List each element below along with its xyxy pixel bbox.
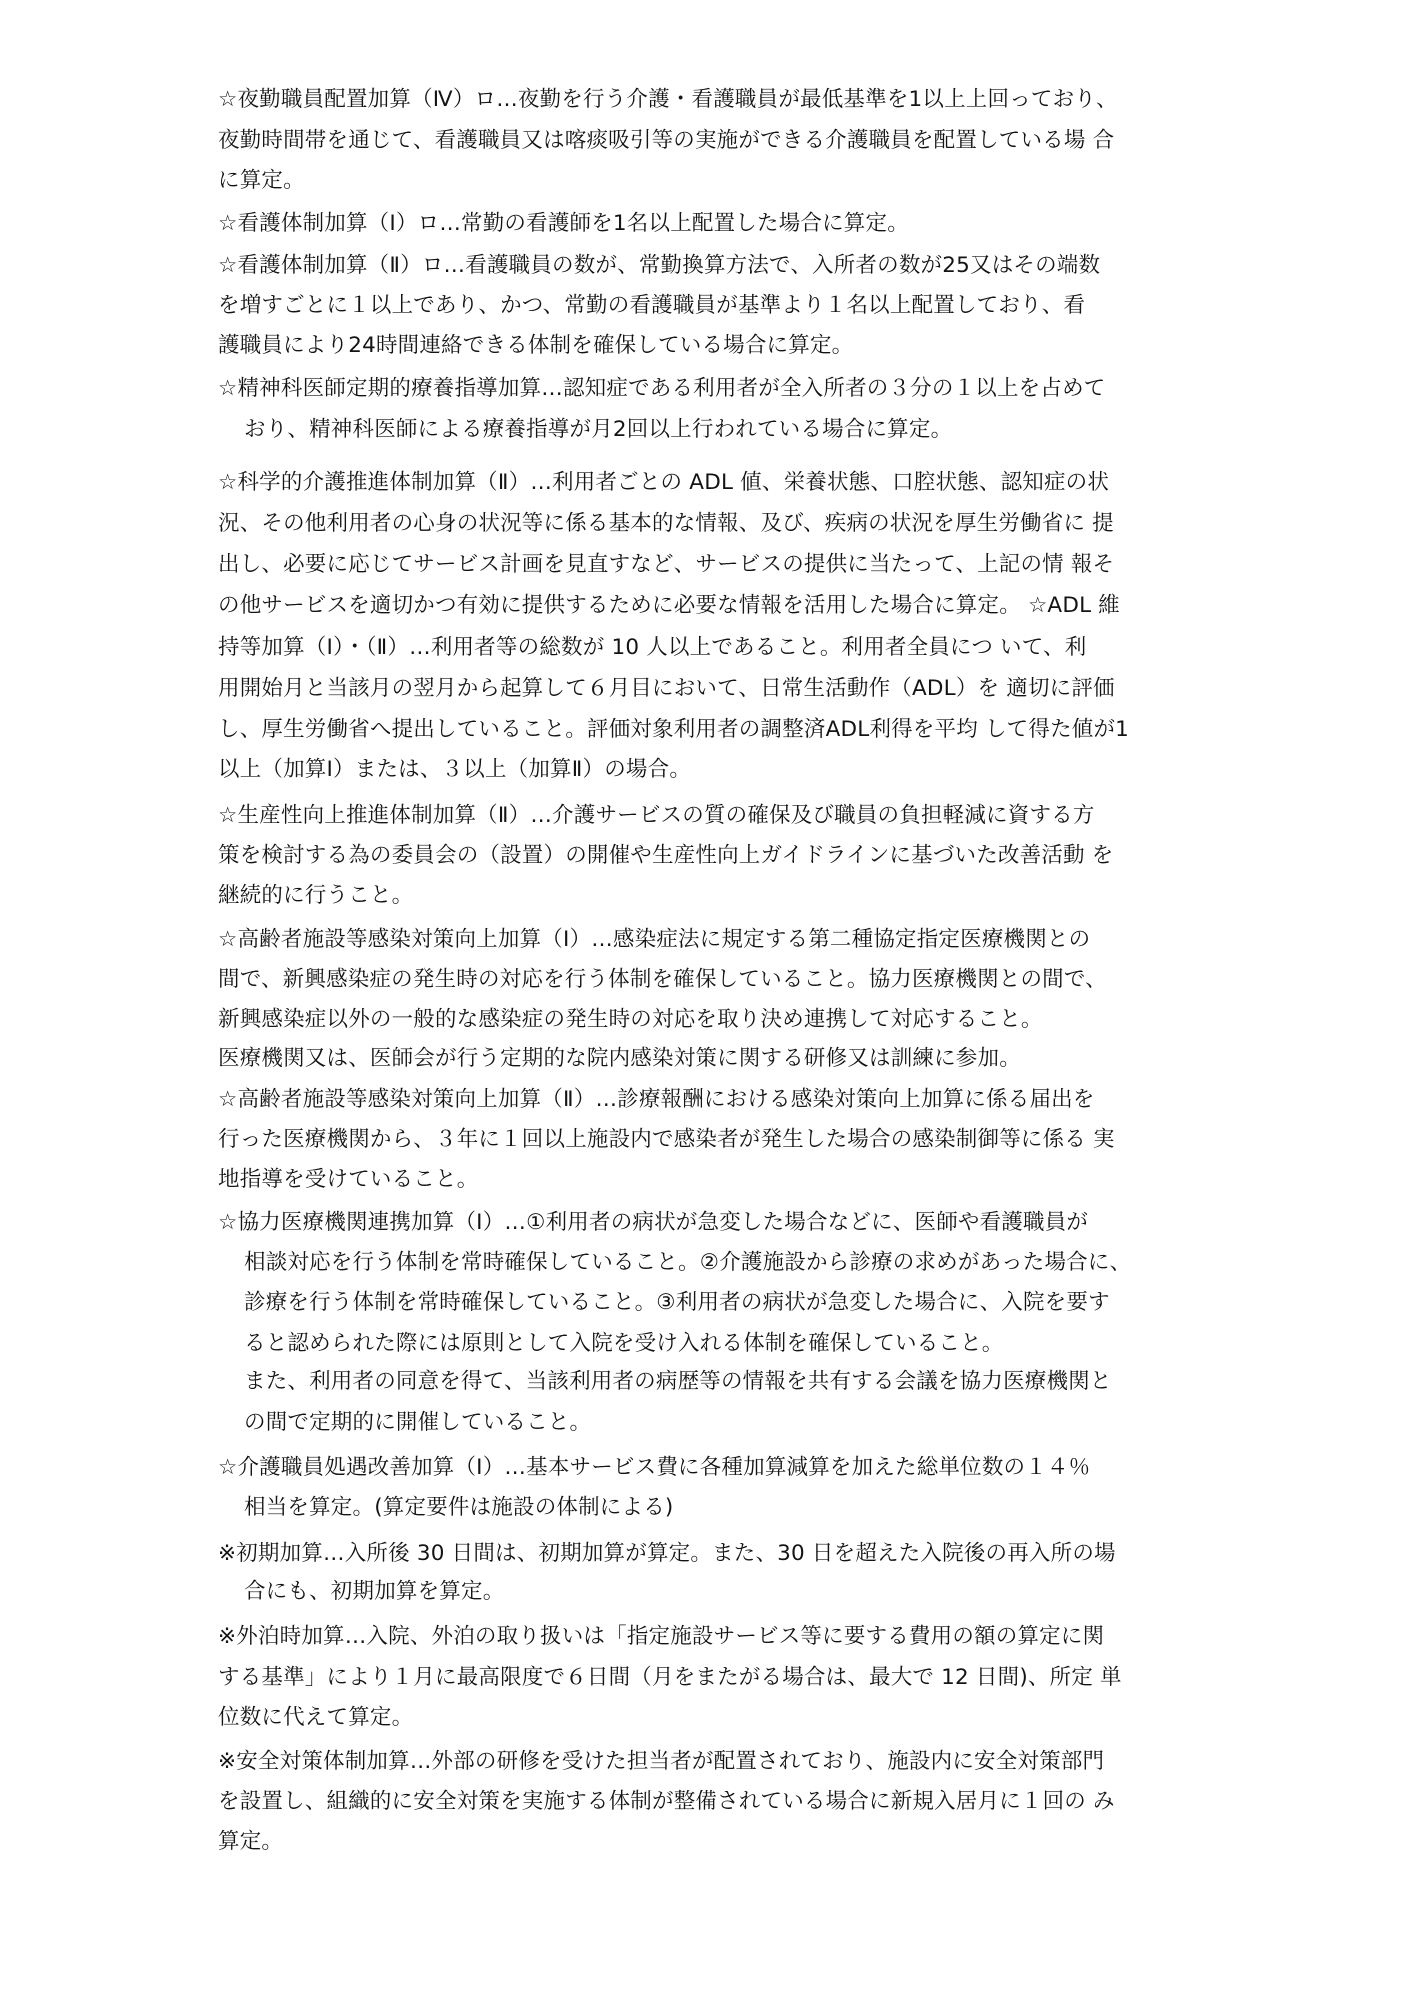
text-line: 合にも、初期加算を算定。 <box>244 1576 504 1608</box>
text-line: し、厚生労働省へ提出していること。評価対象利用者の調整済ADL利得を平均 して得… <box>218 714 1129 746</box>
text-line: おり、精神科医師による療養指導が月2回以上行われている場合に算定。 <box>244 414 952 446</box>
text-line: ☆介護職員処遇改善加算（Ⅰ）…基本サービス費に各種加算減算を加えた総単位数の１４… <box>218 1452 1090 1484</box>
text-line: 算定。 <box>218 1826 283 1858</box>
text-line: の他サービスを適切かつ有効に提供するために必要な情報を活用した場合に算定。 ☆A… <box>218 590 1120 622</box>
text-line: 夜勤時間帯を通じて、看護職員又は喀痰吸引等の実施ができる介護職員を配置している場… <box>218 125 1114 157</box>
text-line: 相談対応を行う体制を常時確保していること。②介護施設から診療の求めがあった場合に… <box>244 1247 1131 1279</box>
text-line: 用開始月と当該月の翌月から起算して６月目において、日常生活動作（ADL）を 適切… <box>218 673 1115 705</box>
text-line: 継続的に行うこと。 <box>218 880 413 912</box>
text-line: 医療機関又は、医師会が行う定期的な院内感染対策に関する研修又は訓練に参加。 <box>218 1043 1021 1075</box>
text-line: ☆生産性向上推進体制加算（Ⅱ）…介護サービスの質の確保及び職員の負担軽減に資する… <box>218 800 1095 832</box>
text-line: 行った医療機関から、３年に１回以上施設内で感染者が発生した場合の感染制御等に係る… <box>218 1124 1115 1156</box>
text-line: ☆科学的介護推進体制加算（Ⅱ）…利用者ごとの ADL 値、栄養状態、口腔状態、認… <box>218 467 1109 499</box>
text-line: ☆高齢者施設等感染対策向上加算（Ⅱ）…診療報酬における感染対策向上加算に係る届出… <box>218 1084 1095 1116</box>
text-line: ※初期加算…入所後 30 日間は、初期加算が算定。また、30 日を超えた入院後の… <box>218 1538 1116 1570</box>
text-line: ※安全対策体制加算…外部の研修を受けた担当者が配置されており、施設内に安全対策部… <box>218 1746 1104 1778</box>
text-line: 以上（加算Ⅰ）または、３以上（加算Ⅱ）の場合。 <box>218 754 691 786</box>
text-line: ※外泊時加算…入院、外泊の取り扱いは「指定施設サービス等に要する費用の額の算定に… <box>218 1621 1104 1653</box>
text-line: ☆看護体制加算（Ⅱ）ロ…看護職員の数が、常勤換算方法で、入所者の数が25又はその… <box>218 250 1100 282</box>
text-line: 位数に代えて算定。 <box>218 1702 413 1734</box>
text-line: 護職員により24時間連絡できる体制を確保している場合に算定。 <box>218 330 853 362</box>
text-line: ☆精神科医師定期的療養指導加算…認知症である利用者が全入所者の３分の１以上を占め… <box>218 373 1105 405</box>
text-line: 持等加算（Ⅰ）・（Ⅱ）…利用者等の総数が 10 人以上であること。利用者全員につ… <box>218 632 1086 664</box>
text-line: に算定。 <box>218 165 305 197</box>
document-page: ☆夜勤職員配置加算（Ⅳ）ロ…夜勤を行う介護・看護職員が最低基準を1以上上回ってお… <box>0 0 1414 2000</box>
text-line: する基準」により１月に最高限度で６日間（月をまたがる場合は、最大で 12 日間)… <box>218 1662 1122 1694</box>
text-line: を設置し、組織的に安全対策を実施する体制が整備されている場合に新規入居月に１回の… <box>218 1786 1115 1818</box>
text-line: 相当を算定。(算定要件は施設の体制による) <box>244 1492 673 1524</box>
text-line: 地指導を受けていること。 <box>218 1164 478 1196</box>
text-line: 新興感染症以外の一般的な感染症の発生時の対応を取り決め連携して対応すること。 <box>218 1004 1043 1036</box>
text-line: の間で定期的に開催していること。 <box>244 1407 591 1439</box>
text-line: 況、その他利用者の心身の状況等に係る基本的な情報、及び、疾病の状況を厚生労働省に… <box>218 508 1114 540</box>
text-line: ☆協力医療機関連携加算（Ⅰ）…①利用者の病状が急変した場合などに、医師や看護職員… <box>218 1207 1088 1239</box>
text-line: ☆看護体制加算（Ⅰ）ロ…常勤の看護師を1名以上配置した場合に算定。 <box>218 208 909 240</box>
text-line: 診療を行う体制を常時確保していること。③利用者の病状が急変した場合に、入院を要す <box>244 1287 1110 1319</box>
text-line: 策を検討する為の委員会の（設置）の開催や生産性向上ガイドラインに基づいた改善活動… <box>218 840 1113 872</box>
text-line: ☆夜勤職員配置加算（Ⅳ）ロ…夜勤を行う介護・看護職員が最低基準を1以上上回ってお… <box>218 84 1118 116</box>
text-line: また、利用者の同意を得て、当該利用者の病歴等の情報を共有する会議を協力医療機関と <box>244 1366 1112 1398</box>
text-line: 間で、新興感染症の発生時の対応を行う体制を確保していること。協力医療機関との間で… <box>218 964 1107 996</box>
text-line: ると認められた際には原則として入院を受け入れる体制を確保していること。 <box>244 1328 1004 1360</box>
text-line: ☆高齢者施設等感染対策向上加算（Ⅰ）…感染症法に規定する第二種協定指定医療機関と… <box>218 924 1090 956</box>
text-line: を増すごとに１以上であり、かつ、常勤の看護職員が基準より１名以上配置しており、看 <box>218 290 1085 322</box>
text-line: 出し、必要に応じてサービス計画を見直すなど、サービスの提供に当たって、上記の情 … <box>218 549 1114 581</box>
